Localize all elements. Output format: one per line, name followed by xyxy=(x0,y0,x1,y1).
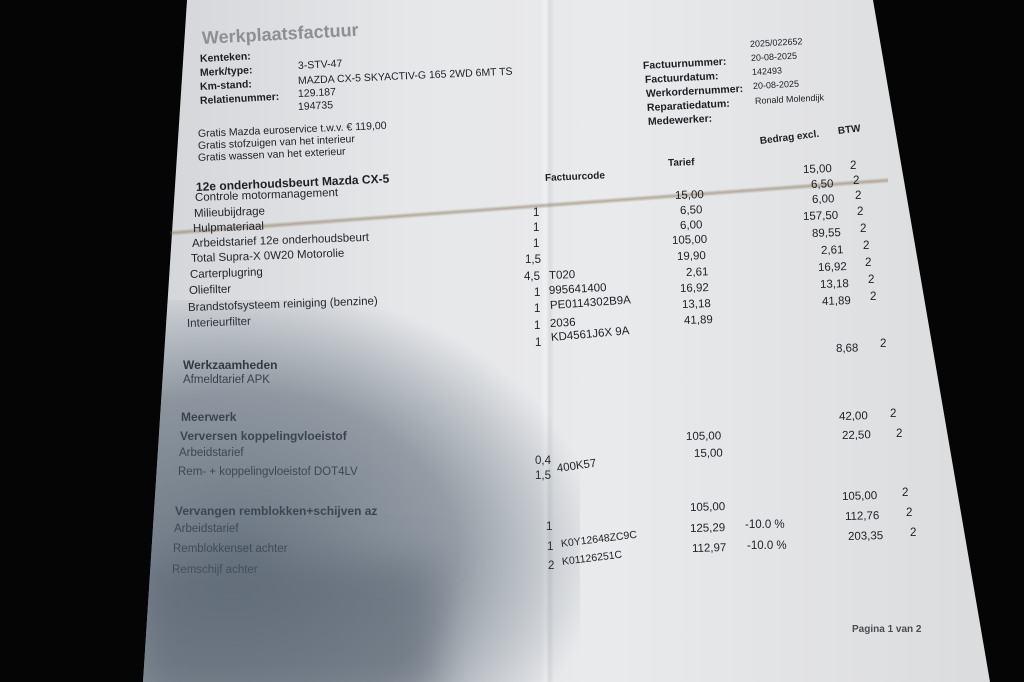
line-qty: 1 xyxy=(533,207,539,219)
line-amount: 16,92 xyxy=(818,261,847,274)
line-rate: 6,00 xyxy=(680,219,703,232)
line-vat: 2 xyxy=(902,487,908,499)
line-code: 400K57 xyxy=(556,458,597,475)
column-header-amount: Bedrag excl. xyxy=(759,129,819,147)
line-qty: 1 xyxy=(547,541,553,553)
line-amount: 8,68 xyxy=(836,342,859,355)
vehicle-label: Merk/type: xyxy=(200,64,253,79)
line-rate: 19,90 xyxy=(677,250,706,263)
section-title: Vervangen remblokken+schijven az xyxy=(175,504,377,518)
line-description: Arbeidstarief xyxy=(174,523,239,535)
line-vat: 2 xyxy=(868,274,874,286)
line-qty: 1 xyxy=(534,303,540,315)
line-qty: 1 xyxy=(534,287,540,299)
line-qty: 1 xyxy=(535,337,541,349)
line-rate: 15,00 xyxy=(694,447,723,460)
invoice-number: 2025/022652 xyxy=(750,36,803,49)
section-subtitle: Verversen koppelingvloeistof xyxy=(180,429,347,443)
line-amount: 157,50 xyxy=(803,210,839,223)
line-vat: 2 xyxy=(896,428,902,440)
employee-name: Ronald Molendijk xyxy=(755,92,824,106)
relation-number: 194735 xyxy=(298,99,334,113)
line-qty: 4,5 xyxy=(524,271,540,283)
line-vat: 2 xyxy=(910,527,916,539)
line-rate: 13,18 xyxy=(682,298,711,311)
column-header-vat: BTW xyxy=(837,123,861,137)
line-rate: 41,89 xyxy=(684,314,713,327)
line-qty: 1 xyxy=(533,238,539,250)
section-title: Werkzaamheden xyxy=(183,358,277,372)
invoice-info-label: Reparatiedatum: xyxy=(647,98,730,114)
line-code: 995641400 xyxy=(549,282,607,297)
line-code: K01126251C xyxy=(561,549,623,568)
line-qty: 1 xyxy=(546,521,552,533)
vehicle-label: Relatienummer: xyxy=(200,91,280,107)
invoice-date: 20-08-2025 xyxy=(751,51,798,63)
line-amount: 13,18 xyxy=(820,278,849,291)
line-amount: 42,00 xyxy=(839,410,868,423)
line-rate: 112,97 xyxy=(692,542,727,555)
line-vat: 2 xyxy=(880,338,886,350)
line-amount: 15,00 xyxy=(803,163,832,176)
line-description: Brandstofsysteem reiniging (benzine) xyxy=(188,295,378,314)
invoice-info-label: Medewerker: xyxy=(648,113,713,128)
invoice-title: Werkplaatsfactuur xyxy=(201,20,359,49)
section-title: Meerwerk xyxy=(181,410,236,424)
line-amount: 6,00 xyxy=(812,193,835,206)
line-amount: 2,61 xyxy=(821,244,844,257)
work-order-number: 142493 xyxy=(752,65,783,77)
line-qty: 1,5 xyxy=(535,470,551,482)
line-qty: 1 xyxy=(534,320,540,332)
line-qty: 0,4 xyxy=(535,455,551,467)
line-vat: 2 xyxy=(857,206,863,218)
line-description: Total Supra-X 0W20 Motorolie xyxy=(191,248,345,265)
line-description: Hulpmateriaal xyxy=(193,221,264,235)
line-amount: 41,89 xyxy=(822,295,851,308)
line-description: Milieubijdrage xyxy=(194,206,265,220)
line-qty: 1 xyxy=(533,222,539,234)
invoice-info-label: Factuurdatum: xyxy=(645,70,719,86)
line-description: Interieurfilter xyxy=(187,316,251,330)
line-vat: 2 xyxy=(855,190,861,202)
repair-date: 20-08-2025 xyxy=(753,79,800,91)
line-code: 2036 xyxy=(550,317,576,330)
line-rate: 16,92 xyxy=(680,282,709,295)
line-code: PE0114302B9A xyxy=(550,294,632,312)
vehicle-label: Kenteken: xyxy=(200,50,251,65)
mileage: 129.187 xyxy=(298,86,337,100)
line-vat: 2 xyxy=(890,408,896,420)
line-discount: -10.0 % xyxy=(747,540,787,552)
line-description: Remblokkenset achter xyxy=(173,543,287,555)
column-header-rate: Tarief xyxy=(668,157,695,169)
line-amount: 89,55 xyxy=(812,227,841,240)
line-amount: 112,76 xyxy=(845,510,880,523)
page-indicator: Pagina 1 van 2 xyxy=(852,624,921,635)
line-rate: 15,00 xyxy=(675,189,704,202)
line-discount: -10.0 % xyxy=(745,519,785,531)
line-description: Carterplugring xyxy=(190,266,263,281)
line-code: T020 xyxy=(549,269,576,282)
line-amount: 6,50 xyxy=(811,178,834,191)
line-vat: 2 xyxy=(863,240,869,252)
column-header-code: Factuurcode xyxy=(545,170,605,184)
line-code: K0Y12648ZC9C xyxy=(560,529,637,550)
line-rate: 105,00 xyxy=(690,501,725,514)
line-description: Remschijf achter xyxy=(172,564,258,576)
line-description: Arbeidstarief xyxy=(179,447,244,459)
line-description: Rem- + koppelingvloeistof DOT4LV xyxy=(178,466,358,478)
line-rate: 105,00 xyxy=(672,234,708,247)
line-qty: 2 xyxy=(548,560,554,572)
license-plate: 3-STV-47 xyxy=(298,58,343,72)
line-description: Afmeldtarief APK xyxy=(183,374,270,386)
line-vat: 2 xyxy=(853,175,859,187)
line-vat: 2 xyxy=(906,507,912,519)
line-vat: 2 xyxy=(870,291,876,303)
line-rate: 2,61 xyxy=(686,266,709,279)
vehicle-label: Km-stand: xyxy=(200,78,252,93)
line-amount: 203,35 xyxy=(848,530,883,543)
line-rate: 105,00 xyxy=(686,430,721,443)
line-vat: 2 xyxy=(865,257,871,269)
line-amount: 22,50 xyxy=(842,429,871,442)
line-rate: 6,50 xyxy=(680,204,703,217)
line-vat: 2 xyxy=(860,223,866,235)
line-rate: 125,29 xyxy=(690,522,725,535)
line-vat: 2 xyxy=(850,160,856,172)
line-qty: 1,5 xyxy=(525,254,541,266)
line-amount: 105,00 xyxy=(842,490,877,503)
line-description: Oliefilter xyxy=(189,284,232,297)
invoice-document: Werkplaatsfactuur Kenteken: Merk/type: K… xyxy=(0,0,1024,682)
